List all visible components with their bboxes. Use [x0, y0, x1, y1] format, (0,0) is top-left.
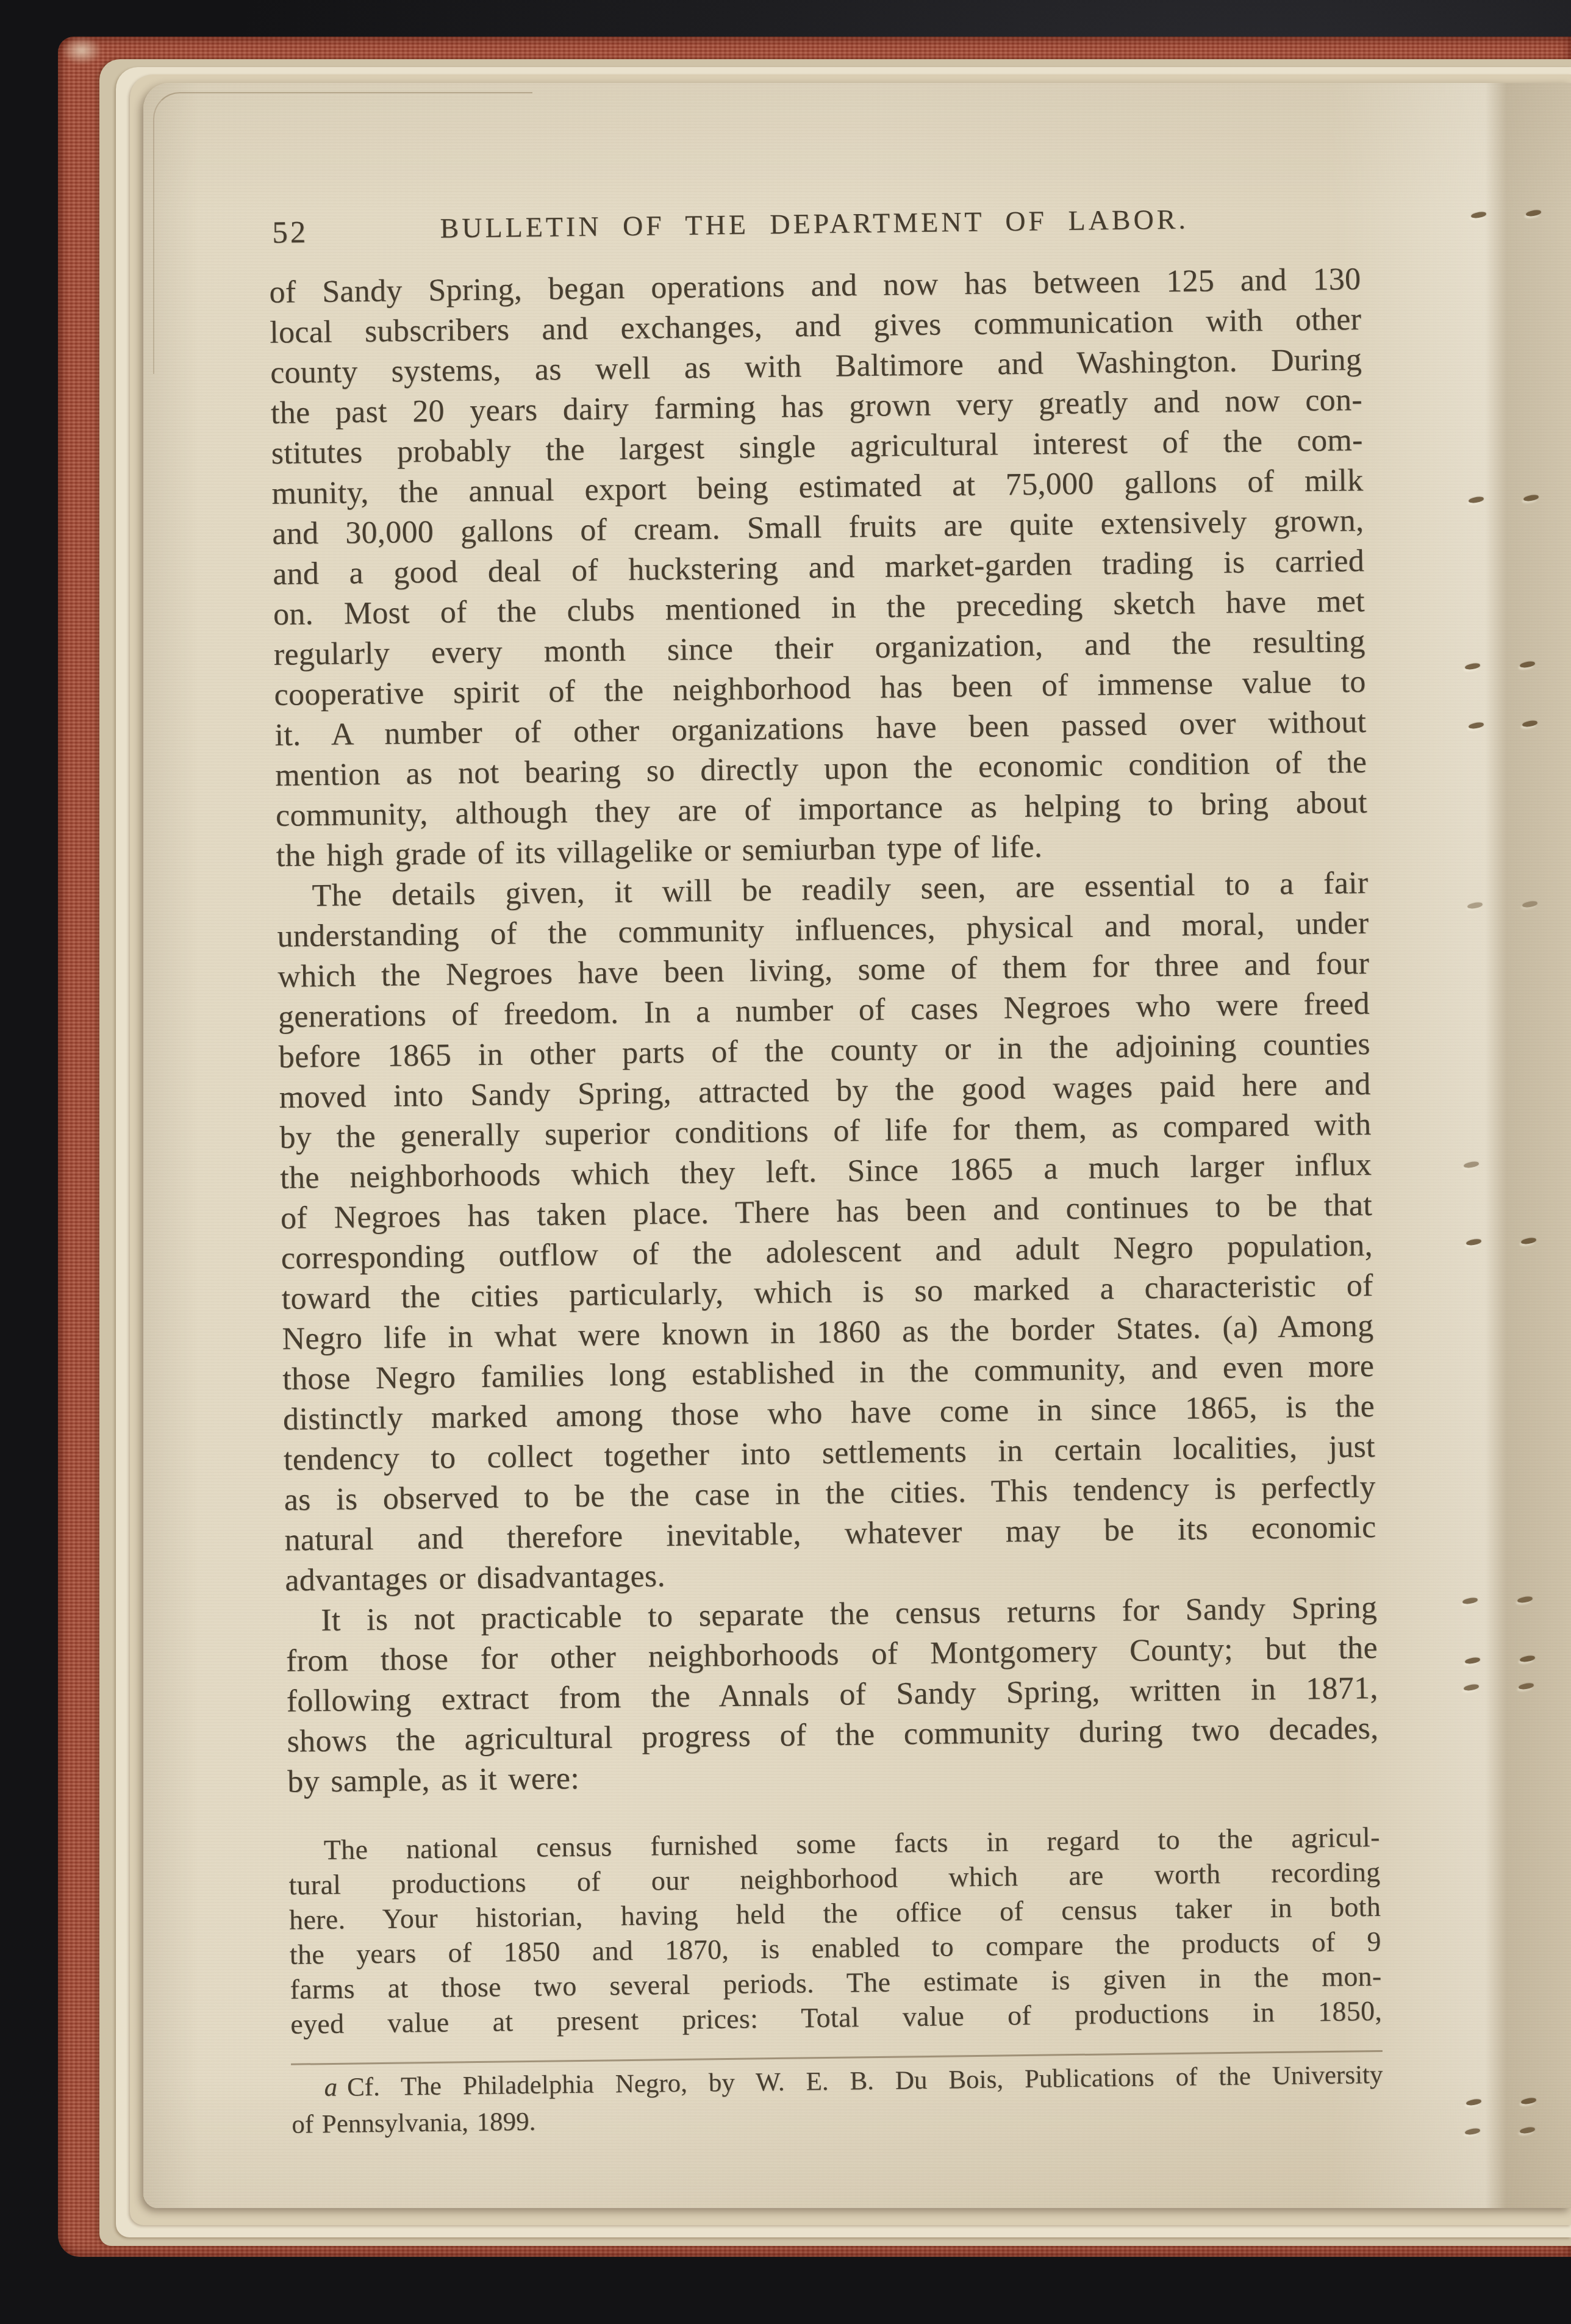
- stitch-mark: [1464, 662, 1480, 670]
- quoted-extract: The national census furnished some facts…: [288, 1820, 1382, 2042]
- stitch-mark: [1522, 720, 1537, 728]
- running-title: BULLETIN OF THE DEPARTMENT OF LABOR.: [268, 201, 1361, 246]
- page-header: 52 BULLETIN OF THE DEPARTMENT OF LABOR.: [268, 201, 1361, 252]
- stitch-mark: [1468, 496, 1484, 504]
- stitch-mark: [1468, 722, 1484, 730]
- stitch-mark: [1523, 494, 1539, 502]
- stitch-mark: [1465, 2098, 1481, 2106]
- stitch-mark: [1463, 1161, 1479, 1169]
- stitch-mark: [1520, 2097, 1536, 2105]
- stitch-mark: [1519, 661, 1535, 669]
- paragraph: of Sandy Spring, began operations and no…: [269, 259, 1368, 877]
- stitch-mark: [1463, 1684, 1479, 1691]
- stitch-mark: [1522, 900, 1537, 908]
- page-text: 52 BULLETIN OF THE DEPARTMENT OF LABOR. …: [268, 201, 1384, 2143]
- stitch-mark: [1467, 902, 1483, 909]
- stitch-mark: [1464, 2128, 1480, 2136]
- stitch-mark: [1519, 2126, 1535, 2134]
- stitch-mark: [1464, 1657, 1480, 1665]
- paragraph: The details given, it will be readily se…: [276, 863, 1376, 1601]
- page-number: 52: [272, 215, 309, 251]
- paragraph: It is not practicable to separate the ce…: [285, 1588, 1380, 1802]
- footnote-marker: a: [324, 2073, 337, 2102]
- stitch-mark: [1462, 1597, 1478, 1605]
- stitch-mark: [1465, 1238, 1481, 1246]
- book-page: 52 BULLETIN OF THE DEPARTMENT OF LABOR. …: [143, 83, 1571, 2208]
- stitch-mark: [1525, 209, 1541, 217]
- footnote: aCf. The Philadelphia Negro, by W. E. B.…: [291, 2057, 1383, 2143]
- stitch-mark: [1520, 1237, 1536, 1245]
- stitch-mark: [1519, 1655, 1535, 1663]
- stitch-mark: [1470, 211, 1486, 219]
- frayed-corner: [54, 32, 109, 70]
- stitch-mark: [1517, 1596, 1533, 1604]
- body-text: of Sandy Spring, began operations and no…: [269, 259, 1382, 2042]
- stitch-mark: [1518, 1682, 1534, 1690]
